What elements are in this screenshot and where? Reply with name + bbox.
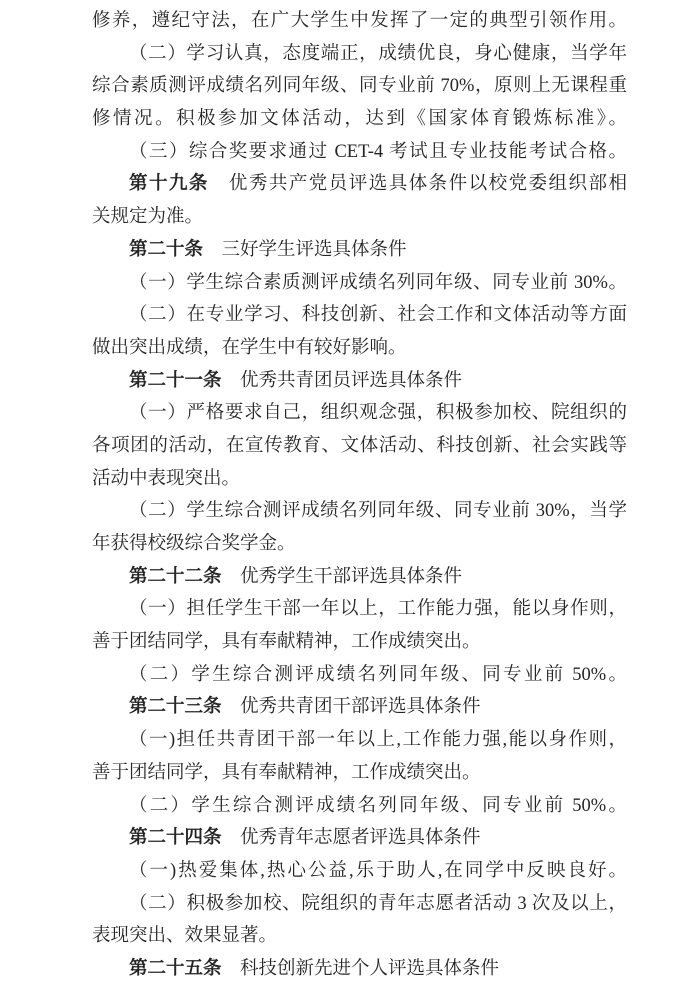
line-text: （二）学生综合测评成绩名列同年级、同专业前 50%。: [129, 665, 627, 685]
line-text: 优秀共青团干部评选具体条件: [222, 697, 481, 717]
line-text: 优秀青年志愿者评选具体条件: [222, 828, 481, 848]
line-text: 综合素质测评成绩名列同年级、同专业前 70%，原则上无课程重: [92, 76, 627, 96]
article-number: 第二十条: [129, 240, 203, 260]
article-number: 第十九条: [129, 174, 209, 194]
text-line: 年获得校级综合奖学金。: [92, 528, 627, 561]
text-line: 综合素质测评成绩名列同年级、同专业前 70%，原则上无课程重: [92, 70, 627, 103]
line-text: （三）综合奖要求通过 CET-4 考试且专业技能考试合格。: [129, 142, 627, 162]
line-text: 善于团结同学，具有奉献精神，工作成绩突出。: [92, 632, 481, 652]
text-line: 做出突出成绩，在学生中有较好影响。: [92, 332, 627, 365]
line-text: （二）积极参加校、院组织的青年志愿者活动 3 次及以上，: [129, 894, 627, 914]
line-text: （一）严格要求自己，组织观念强，积极参加校、院组织的: [129, 403, 627, 423]
text-line-article: 第二十五条 科技创新先进个人评选具体条件: [92, 953, 627, 986]
text-line: 各项团的活动，在宣传教育、文体活动、科技创新、社会实践等: [92, 430, 627, 463]
text-line-article: 第二十四条 优秀青年志愿者评选具体条件: [92, 822, 627, 855]
text-line: 修养，遵纪守法，在广大学生中发挥了一定的典型引领作用。: [92, 5, 627, 38]
text-line: （二）在专业学习、科技创新、社会工作和文体活动等方面: [92, 299, 627, 332]
article-number: 第二十三条: [129, 697, 222, 717]
line-text: 优秀共青团员评选具体条件: [222, 371, 463, 391]
article-number: 第二十一条: [129, 371, 222, 391]
line-text: （一）担任学生干部一年以上，工作能力强，能以身作则，: [129, 599, 627, 619]
line-text: 修情况。积极参加文体活动，达到《国家体育锻炼标准》。: [92, 109, 627, 129]
text-line: （一）严格要求自己，组织观念强，积极参加校、院组织的: [92, 397, 627, 430]
line-text: （二）学生综合测评成绩名列同年级、同专业前 50%。: [129, 796, 627, 816]
line-text: 各项团的活动，在宣传教育、文体活动、科技创新、社会实践等: [92, 436, 627, 456]
line-text: 关规定为准。: [92, 207, 203, 227]
line-text: （一)热爱集体,热心公益,乐于助人,在同学中反映良好。: [129, 861, 627, 881]
text-line: 活动中表现突出。: [92, 463, 627, 496]
article-number: 第二十二条: [129, 567, 222, 587]
line-text: 科技创新先进个人评选具体条件: [222, 959, 500, 979]
text-line: （二）积极参加校、院组织的青年志愿者活动 3 次及以上，: [92, 888, 627, 921]
line-text: 年获得校级综合奖学金。: [92, 534, 296, 554]
text-line: 善于团结同学，具有奉献精神，工作成绩突出。: [92, 626, 627, 659]
text-line: 修情况。积极参加文体活动，达到《国家体育锻炼标准》。: [92, 103, 627, 136]
line-text: 优秀共产党员评选具体条件以校党委组织部相: [209, 174, 627, 194]
line-text: （二）在专业学习、科技创新、社会工作和文体活动等方面: [129, 305, 627, 325]
text-line-article: 第二十三条 优秀共青团干部评选具体条件: [92, 691, 627, 724]
text-line: 善于团结同学，具有奉献精神，工作成绩突出。: [92, 757, 627, 790]
text-line: （一)担任共青团干部一年以上,工作能力强,能以身作则，: [92, 724, 627, 757]
text-line-article: 第二十一条 优秀共青团员评选具体条件: [92, 365, 627, 398]
line-text: 活动中表现突出。: [92, 469, 240, 489]
line-text: （一）学生综合素质测评成绩名列同年级、同专业前 30%。: [129, 273, 627, 293]
text-line: （一）担任学生干部一年以上，工作能力强，能以身作则，: [92, 593, 627, 626]
article-number: 第二十五条: [129, 959, 222, 979]
text-line: （二）学习认真，态度端正，成绩优良，身心健康，当学年: [92, 38, 627, 71]
article-number: 第二十四条: [129, 828, 222, 848]
line-text: 修养，遵纪守法，在广大学生中发挥了一定的典型引领作用。: [92, 11, 627, 31]
text-line: （二）学生综合测评成绩名列同年级、同专业前 30%，当学: [92, 495, 627, 528]
text-line: 表现突出、效果显著。: [92, 920, 627, 953]
text-line-article: 第十九条 优秀共产党员评选具体条件以校党委组织部相: [92, 168, 627, 201]
text-line: （一)热爱集体,热心公益,乐于助人,在同学中反映良好。: [92, 855, 627, 888]
line-text: 三好学生评选具体条件: [203, 240, 407, 260]
line-text: 善于团结同学，具有奉献精神，工作成绩突出。: [92, 763, 481, 783]
text-line: （一）学生综合素质测评成绩名列同年级、同专业前 30%。: [92, 267, 627, 300]
line-text: 表现突出、效果显著。: [92, 926, 277, 946]
line-text: 做出突出成绩，在学生中有较好影响。: [92, 338, 407, 358]
text-line-article: 第二十条 三好学生评选具体条件: [92, 234, 627, 267]
text-line: （二）学生综合测评成绩名列同年级、同专业前 50%。: [92, 790, 627, 823]
line-text: 优秀学生干部评选具体条件: [222, 567, 463, 587]
line-text: （二）学生综合测评成绩名列同年级、同专业前 30%，当学: [129, 501, 627, 521]
line-text: （二）学习认真，态度端正，成绩优良，身心健康，当学年: [129, 44, 627, 64]
text-line-article: 第二十二条 优秀学生干部评选具体条件: [92, 561, 627, 594]
document-page: 修养，遵纪守法，在广大学生中发挥了一定的典型引领作用。 （二）学习认真，态度端正…: [0, 0, 700, 990]
text-line: 关规定为准。: [92, 201, 627, 234]
document-body: 修养，遵纪守法，在广大学生中发挥了一定的典型引领作用。 （二）学习认真，态度端正…: [92, 5, 627, 986]
text-line: （二）学生综合测评成绩名列同年级、同专业前 50%。: [92, 659, 627, 692]
text-line: （三）综合奖要求通过 CET-4 考试且专业技能考试合格。: [92, 136, 627, 169]
line-text: （一)担任共青团干部一年以上,工作能力强,能以身作则，: [129, 730, 627, 750]
